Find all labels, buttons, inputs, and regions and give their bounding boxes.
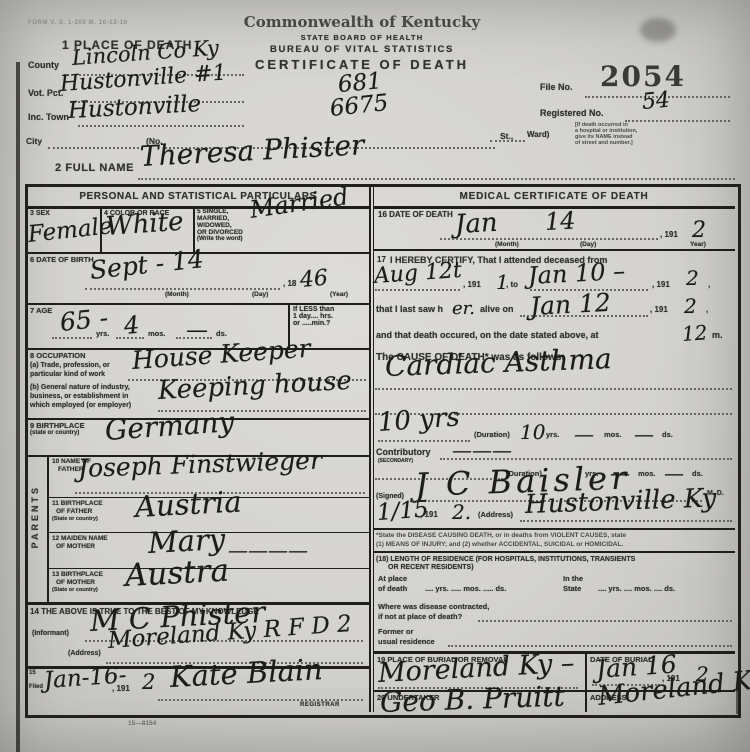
comma: , [708,280,710,289]
county-label: County [28,60,59,70]
undertaker-signature: Geo B. Pruitt [379,680,565,719]
alive-on-label: alive on [480,304,514,314]
death-year-prefix: , 191 [660,230,678,239]
rule [520,315,648,317]
contributory-label: Contributory [376,447,431,457]
occupation-label: 8 OCCUPATION [30,351,86,360]
duration2-mos-caption: mos. [638,469,656,478]
rule [158,699,363,701]
father-birthplace-value: Austria [134,484,242,524]
comma: , [706,305,708,314]
in-state-label-line: State [563,584,581,593]
duration2-dash: — [664,461,684,485]
mother-name-dash: ———— [228,538,308,562]
former-residence-label-line: Former or [378,627,413,636]
occupation-b-label-line: which employed (or employer) [30,402,131,409]
mother-name-label-line: 12 MAIDEN NAME [52,535,108,542]
age-days-value: — [186,318,208,343]
rule [440,238,658,240]
rule [116,337,144,339]
rule [78,125,244,127]
death-day-caption: (Day) [580,241,596,248]
duration-dash: — [574,422,594,446]
hospital-note-line: of street and number.] [575,140,695,146]
commonwealth-line: Commonwealth of Kentucky [212,13,512,31]
duration-dash: — [634,422,654,446]
father-birthplace-label-line: (State or country) [52,516,98,522]
state-board-line: STATE BOARD OF HEALTH [212,33,512,42]
less-note-line: or .....min.? [293,320,334,327]
occupation-a-label-line: (a) Trade, profession, or [30,362,110,369]
precinct-label: Vot. Pct. [28,88,63,98]
registered-no-value: 54 [641,88,671,115]
rule [138,178,735,180]
file-no-value: 2054 [600,60,686,93]
city-label: City [26,136,42,146]
death-occurred-line: and that death occured, on the date stat… [376,330,599,340]
rule [478,620,732,622]
town-label: Inc. Town [28,112,69,122]
informant-label: (Informant) [32,630,69,637]
duration-mos-caption: mos. [604,430,622,439]
filed-year-prefix: , 191 [112,684,130,693]
marital-label-line: OR DIVORCED [197,229,243,236]
birthplace-caption: (state or country) [30,430,79,436]
form-number: FORM V. S. 1-200 M. 10-12-10 [28,20,128,26]
duration-yrs-caption: yrs. [546,430,559,439]
plate-number: 15—8154 [128,720,156,727]
rule [176,337,212,339]
mos-caption: mos. [148,329,166,338]
at-place-label-line: At place [378,574,407,583]
marital-label-line: (Write the word) [197,236,243,242]
race-value: White [105,207,185,242]
attended-from-year-prefix: , 191 [463,280,481,289]
file-no-label: File No. [540,82,573,92]
last-saw-year-digit: 2 [684,294,697,318]
date-of-death-label: 16 DATE OF DEATH [378,210,453,219]
dob-label: 6 DATE OF BIRTH [30,255,94,264]
to-label: , to [506,280,518,289]
marital-label-line: WIDOWED, [197,222,243,229]
scan-smudge [640,18,676,42]
rule-heavy [374,528,735,530]
age-months-value: 4 [123,311,141,340]
residence-title-line: (18) LENGTH OF RESIDENCE (FOR HOSPITALS,… [376,556,635,563]
marital-label-line: 5 SINGLE, [197,208,243,215]
scan-edge-left [16,62,20,752]
ward-label: Ward) [527,130,549,139]
contracted-label-line: Where was disease contracted, [378,602,489,611]
secondary-caption: (SECONDARY) [378,458,413,464]
contracted-label-line: if not at place of death? [378,612,462,621]
death-month-caption: (Month) [495,241,519,248]
marital-label: 5 SINGLE, MARRIED, WIDOWED, OR DIVORCED … [197,208,243,242]
less-than-day-note: If LESS than 1 day.... hrs. or .....min.… [293,306,334,327]
stamp-number-bottom: 6675 [329,90,390,122]
last-saw-her-hand: er. [452,298,475,319]
less-note-line: If LESS than [293,306,334,313]
town-value: Hustonville [67,91,201,124]
father-birthplace-label-line: OF FATHER [56,508,92,515]
medical-section-title: MEDICAL CERTIFICATE OF DEATH [376,191,732,202]
rule [85,288,280,290]
attended-to-value: Jan 10 – [527,257,626,290]
rule [375,388,732,390]
former-residence-label-line: usual residence [378,637,435,646]
full-name-value: Theresa Phister [139,128,365,173]
father-birthplace-label-line: 11 BIRTHPLACE [52,500,103,507]
duration2-ds-caption: ds. [692,469,703,478]
mother-name-label-line: OF MOTHER [56,543,95,550]
rule [52,337,92,339]
rule [375,289,460,291]
in-state-units: .... yrs. .... mos. .... ds. [598,584,675,593]
rule [48,147,143,149]
at-place-label-line: of death [378,584,407,593]
footnote-line: (1) MEANS OF INJURY; and (2) whether ACC… [376,541,623,548]
attended-to-year-prefix: , 191 [652,280,670,289]
registered-no-label: Registered No. [540,108,604,118]
rule [28,303,369,305]
dob-year-value: 46 [299,266,329,293]
rule [520,520,732,522]
last-saw-year-prefix: , 191 [650,305,668,314]
full-name-label: 2 FULL NAME [55,162,134,174]
yrs-caption: yrs. [96,329,109,338]
death-year-digit: 2 [692,218,706,243]
street-label: St., [500,131,513,141]
hospital-note: [If death occurred in a hospital or inst… [575,122,695,146]
cell-divider [47,455,49,602]
attended-to-year-digit: 2 [686,266,699,290]
death-time-suffix: m. [712,330,723,340]
occupation-a-label-line: particular kind of work [30,371,105,378]
death-year-caption: Year) [690,241,706,248]
less-note-line: 1 day.... hrs. [293,313,334,320]
signed-year-digit: 2. [452,500,471,524]
registrar-caption: REGISTRAR [300,702,340,708]
rule [374,249,735,251]
cell-divider [585,651,587,712]
filed-year-digit: 2 [142,670,155,694]
column-divider [369,184,371,712]
occupation-b-label-line: business, or establishment in [30,393,128,400]
duration-ds-caption: ds. [662,430,673,439]
year-caption: (Year) [330,291,348,298]
footnote-line: *State the DISEASE CAUSING DEATH, or in … [376,532,626,539]
sex-label: 3 SEX [30,210,50,217]
age-label: 7 AGE [30,306,52,315]
bureau-line: BUREAU OF VITAL STATISTICS [212,44,512,55]
at-place-units: .... yrs. ..... mos. ..... ds. [425,584,506,593]
state-header: Commonwealth of Kentucky STATE BOARD OF … [212,13,512,72]
month-caption: (Month) [165,291,189,298]
mother-birthplace-label-line: OF MOTHER [56,579,95,586]
in-state-label-line: In the [563,574,583,583]
filed-label: Filed [29,684,43,690]
signed-address-label: (Address) [478,510,513,519]
parents-label: PARENTS [30,485,40,548]
filed-item-number: 15 [29,670,36,676]
mother-birthplace-label-line: (State or country) [52,587,98,593]
mother-birthplace-label-line: 13 BIRTHPLACE [52,571,103,578]
day-caption: (Day) [252,291,268,298]
residence-title-line: OR RECENT RESIDENTS) [388,564,474,571]
informant-address-label: (Address) [68,650,101,657]
rule [448,645,732,647]
year-prefix: , 18 [283,279,296,288]
mother-birthplace-value: Austra [124,553,230,594]
duration-years-digit: 10 [520,420,545,444]
birthplace-label: 9 BIRTHPLACE [30,421,85,430]
death-month-value: Jan [454,208,498,240]
rule-heavy [374,551,735,553]
ds-caption: ds. [216,329,227,338]
death-time-value: 12 [681,320,708,346]
marital-label-line: MARRIED, [197,215,243,222]
duration-hand-value: 10 yrs [377,402,461,438]
death-certificate-scan: FORM V. S. 1-200 M. 10-12-10 1 PLACE OF … [0,0,750,752]
occupation-b-label-line: (b) General nature of industry, [30,384,130,391]
signed-year-prefix: , 191 [420,510,438,519]
death-day-value: 14 [544,206,576,236]
last-saw-prefix: that I last saw h [376,304,443,314]
